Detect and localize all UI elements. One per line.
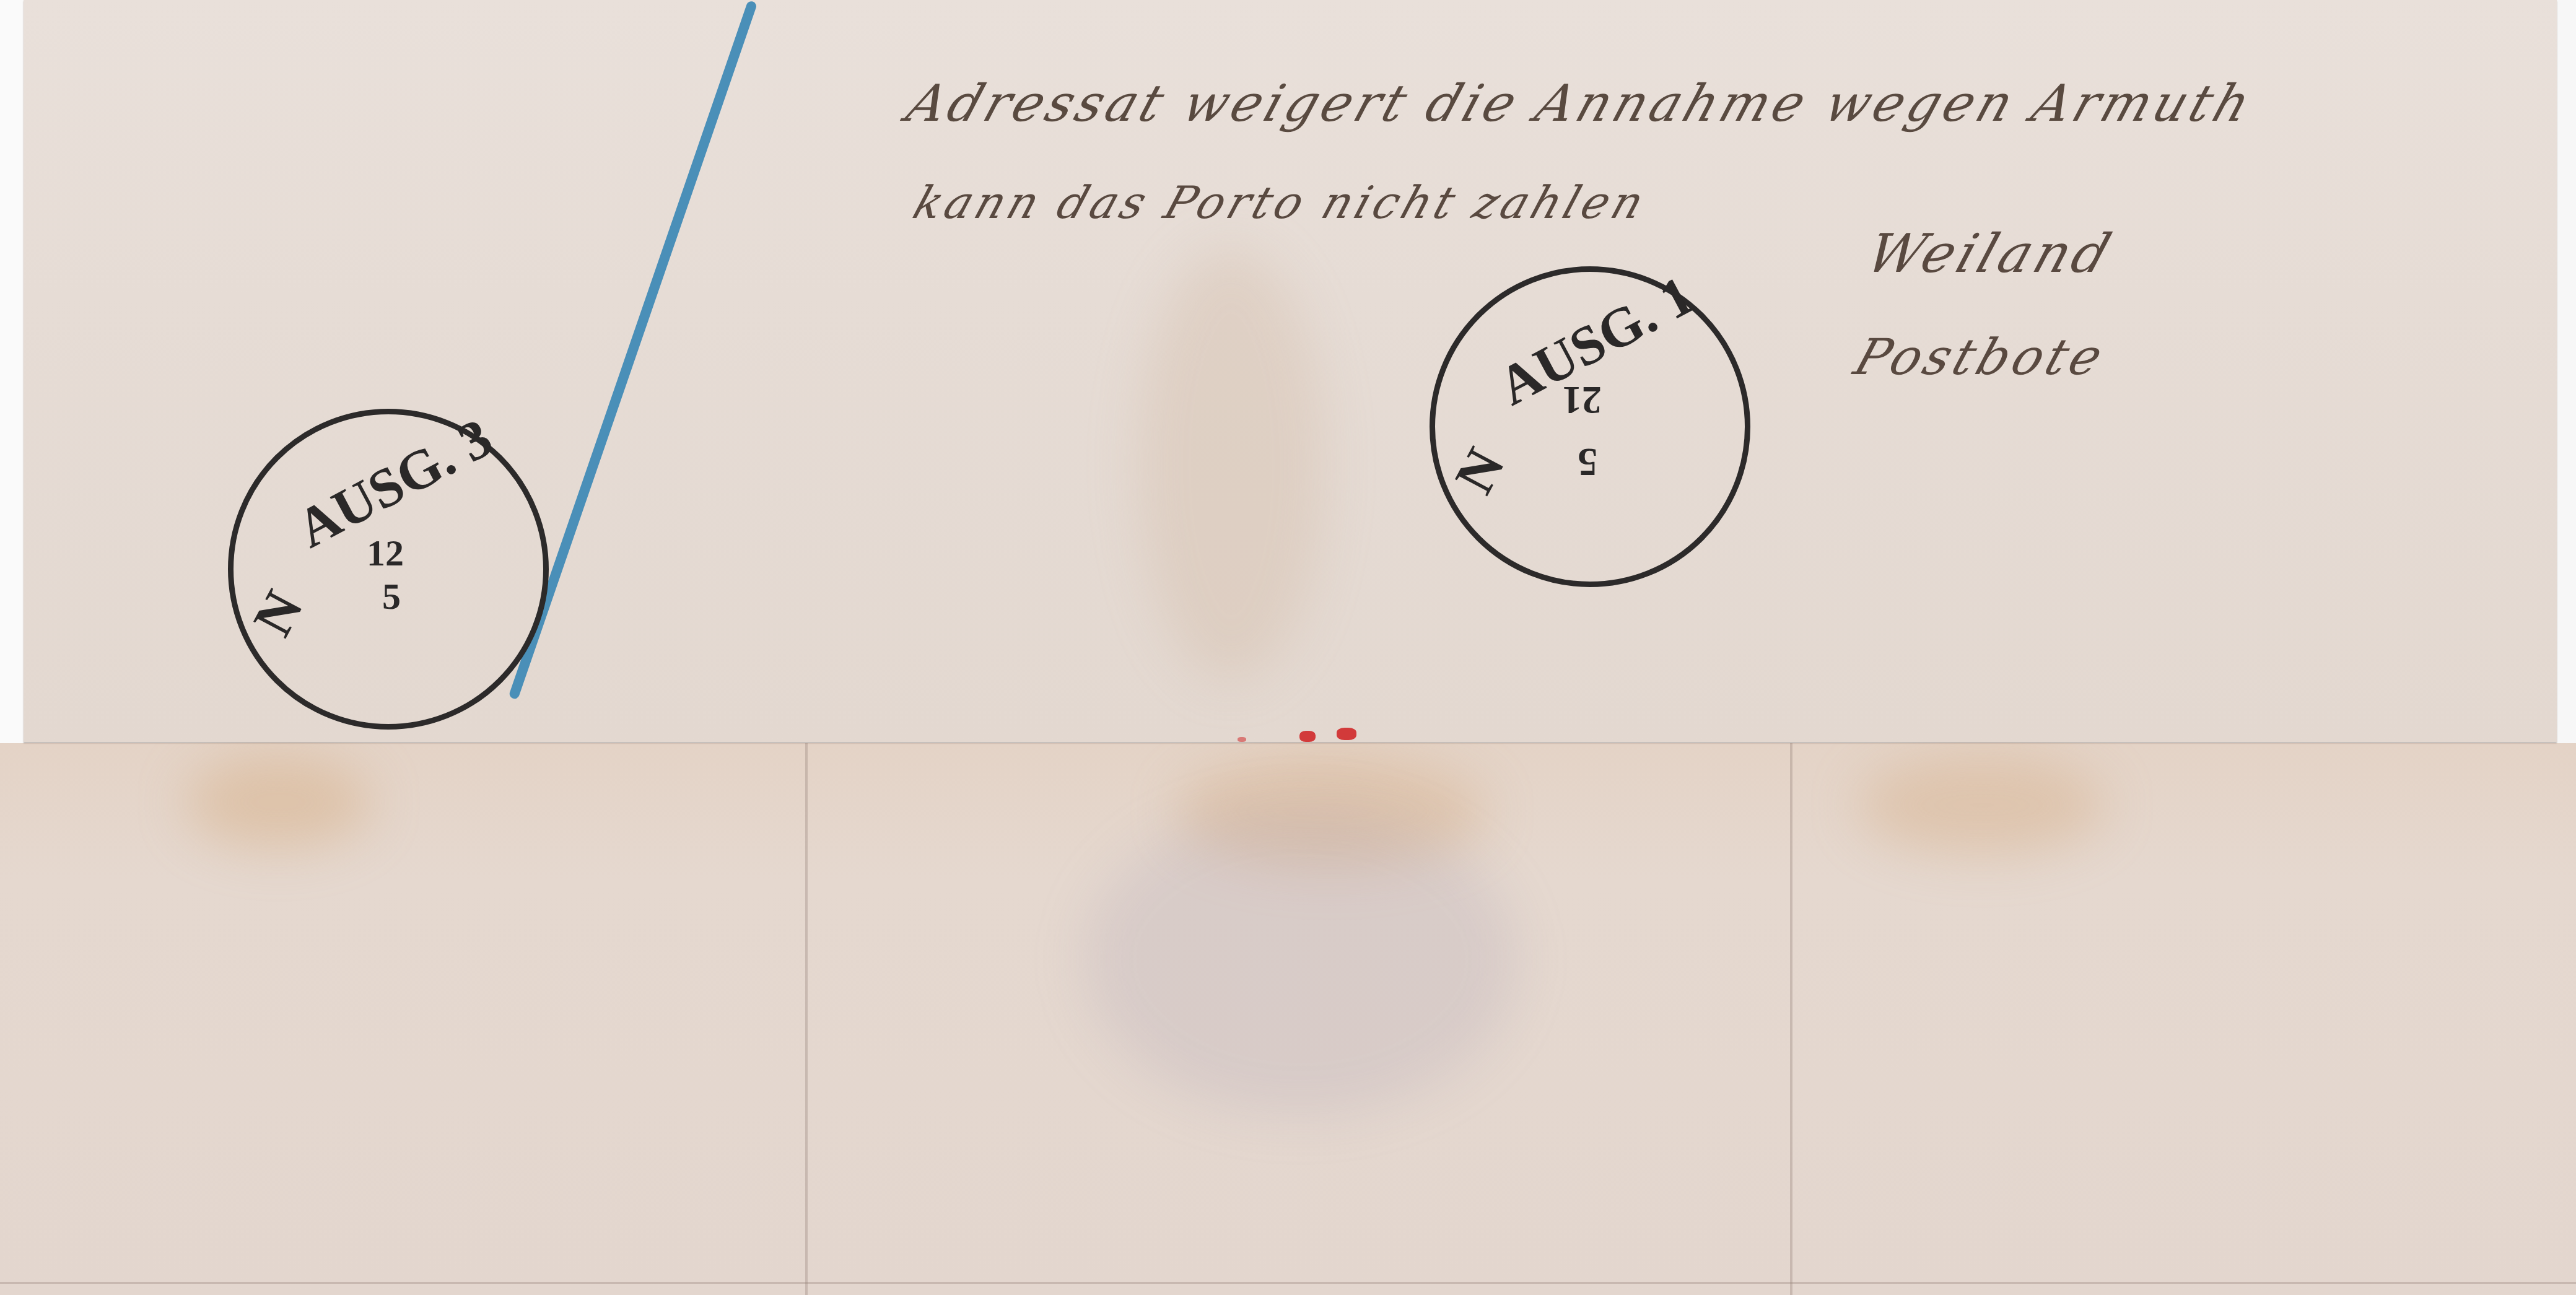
signature-name: Weiland <box>1859 223 2121 285</box>
signature-title: Postbote <box>1848 328 2113 386</box>
red-wax-trace <box>1238 737 1246 742</box>
top-flap: Adressat weigert die Annahme wegen Armut… <box>24 0 2557 742</box>
red-wax-trace <box>1337 728 1356 740</box>
postmark-month: 5 <box>382 575 401 618</box>
postmark-day: 12 <box>367 532 404 575</box>
postmark-center: N AUSG. 1 21 5 <box>1430 266 1750 587</box>
handwritten-annotation-line-2: kann das Porto nicht zahlen <box>907 177 1654 229</box>
scan-margin <box>0 0 24 743</box>
handwritten-annotation-line-1: Adressat weigert die Annahme wegen Armut… <box>900 74 2261 133</box>
fold-stain <box>1138 248 1324 681</box>
postmark-left: N AUSG. 3 12 5 <box>228 409 549 730</box>
postmark-day: 21 <box>1562 377 1602 423</box>
postmark-prefix: N <box>1443 438 1517 504</box>
vertical-fold-right <box>1790 743 1792 1295</box>
bottom-fold <box>0 1282 2576 1284</box>
foxing-stain <box>186 756 372 848</box>
red-wax-trace <box>1299 731 1316 742</box>
letter-scan: Adressat weigert die Annahme wegen Armut… <box>0 0 2576 1295</box>
foxing-stain <box>1858 756 2106 855</box>
postmark-prefix: N <box>241 581 316 647</box>
ghost-seal-impression <box>1084 805 1517 1115</box>
lower-panel <box>0 743 2576 1295</box>
vertical-fold-left <box>805 743 808 1295</box>
postmark-month: 5 <box>1578 439 1597 485</box>
